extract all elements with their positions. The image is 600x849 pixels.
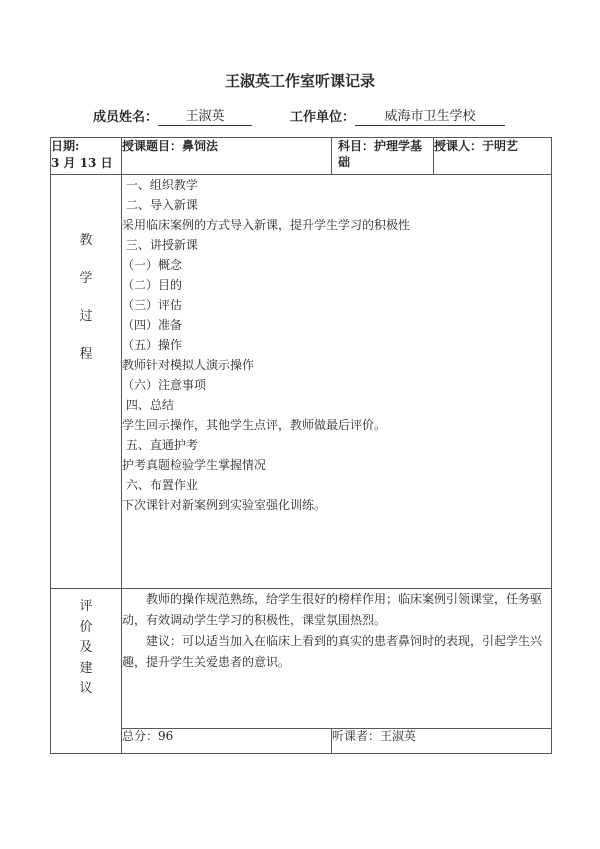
process-label-cell: 教学过程 <box>51 175 122 589</box>
member-name-label: 成员姓名： <box>93 109 158 126</box>
record-table: 日期: 3 月 13 日 授课题目：鼻饲法 科目：护理学基础 授课人：于明艺 教… <box>50 137 552 754</box>
date-value: 3 月 13 日 <box>51 155 121 172</box>
score-label: 总分： <box>122 729 158 743</box>
score-cell: 总分：96 <box>122 729 332 754</box>
header-row: 日期: 3 月 13 日 授课题目：鼻饲法 科目：护理学基础 授课人：于明艺 <box>51 138 552 175</box>
document-title: 王淑英工作室听课记录 <box>0 70 600 91</box>
teacher-value: 于明艺 <box>482 139 518 153</box>
listener-label: 听课者： <box>332 729 380 743</box>
evaluation-content: 教师的操作规范熟练，给学生很好的榜样作用；临床案例引领课堂，任务驱 动，有效调动… <box>122 589 552 729</box>
evaluation-row-label: 评价及建议 <box>79 589 93 700</box>
listener-value: 王淑英 <box>380 729 416 743</box>
process-content: 一、组织教学 二、导入新课 采用临床案例的方式导入新课，提升学生学习的积极性 三… <box>122 175 552 589</box>
topic-label: 授课题目： <box>122 139 182 153</box>
member-info-row: 成员姓名：王淑英工作单位：威海市卫生学校 <box>93 108 505 126</box>
evaluation-row: 评价及建议 教师的操作规范熟练，给学生很好的榜样作用；临床案例引领课堂，任务驱 … <box>51 589 552 729</box>
subject-label: 科目： <box>338 139 374 153</box>
teacher-label: 授课人： <box>434 139 482 153</box>
listener-cell: 听课者：王淑英 <box>332 729 552 754</box>
score-value: 96 <box>158 729 173 743</box>
work-unit-value: 威海市卫生学校 <box>355 108 505 126</box>
topic-value: 鼻饲法 <box>182 139 218 153</box>
evaluation-label-cell: 评价及建议 <box>51 589 122 754</box>
member-name-value: 王淑英 <box>158 108 252 126</box>
footer-row: 总分：96 听课者：王淑英 <box>51 729 552 754</box>
date-cell: 日期: 3 月 13 日 <box>51 138 122 175</box>
topic-cell: 授课题目：鼻饲法 <box>122 138 332 175</box>
process-row-label: 教学过程 <box>79 175 93 374</box>
process-row: 教学过程 一、组织教学 二、导入新课 采用临床案例的方式导入新课，提升学生学习的… <box>51 175 552 589</box>
page: 王淑英工作室听课记录 成员姓名：王淑英工作单位：威海市卫生学校 日期: 3 月 … <box>0 0 600 849</box>
teacher-cell: 授课人：于明艺 <box>434 138 552 175</box>
work-unit-label: 工作单位： <box>290 109 355 126</box>
subject-cell: 科目：护理学基础 <box>332 138 434 175</box>
date-label: 日期: <box>51 138 121 155</box>
